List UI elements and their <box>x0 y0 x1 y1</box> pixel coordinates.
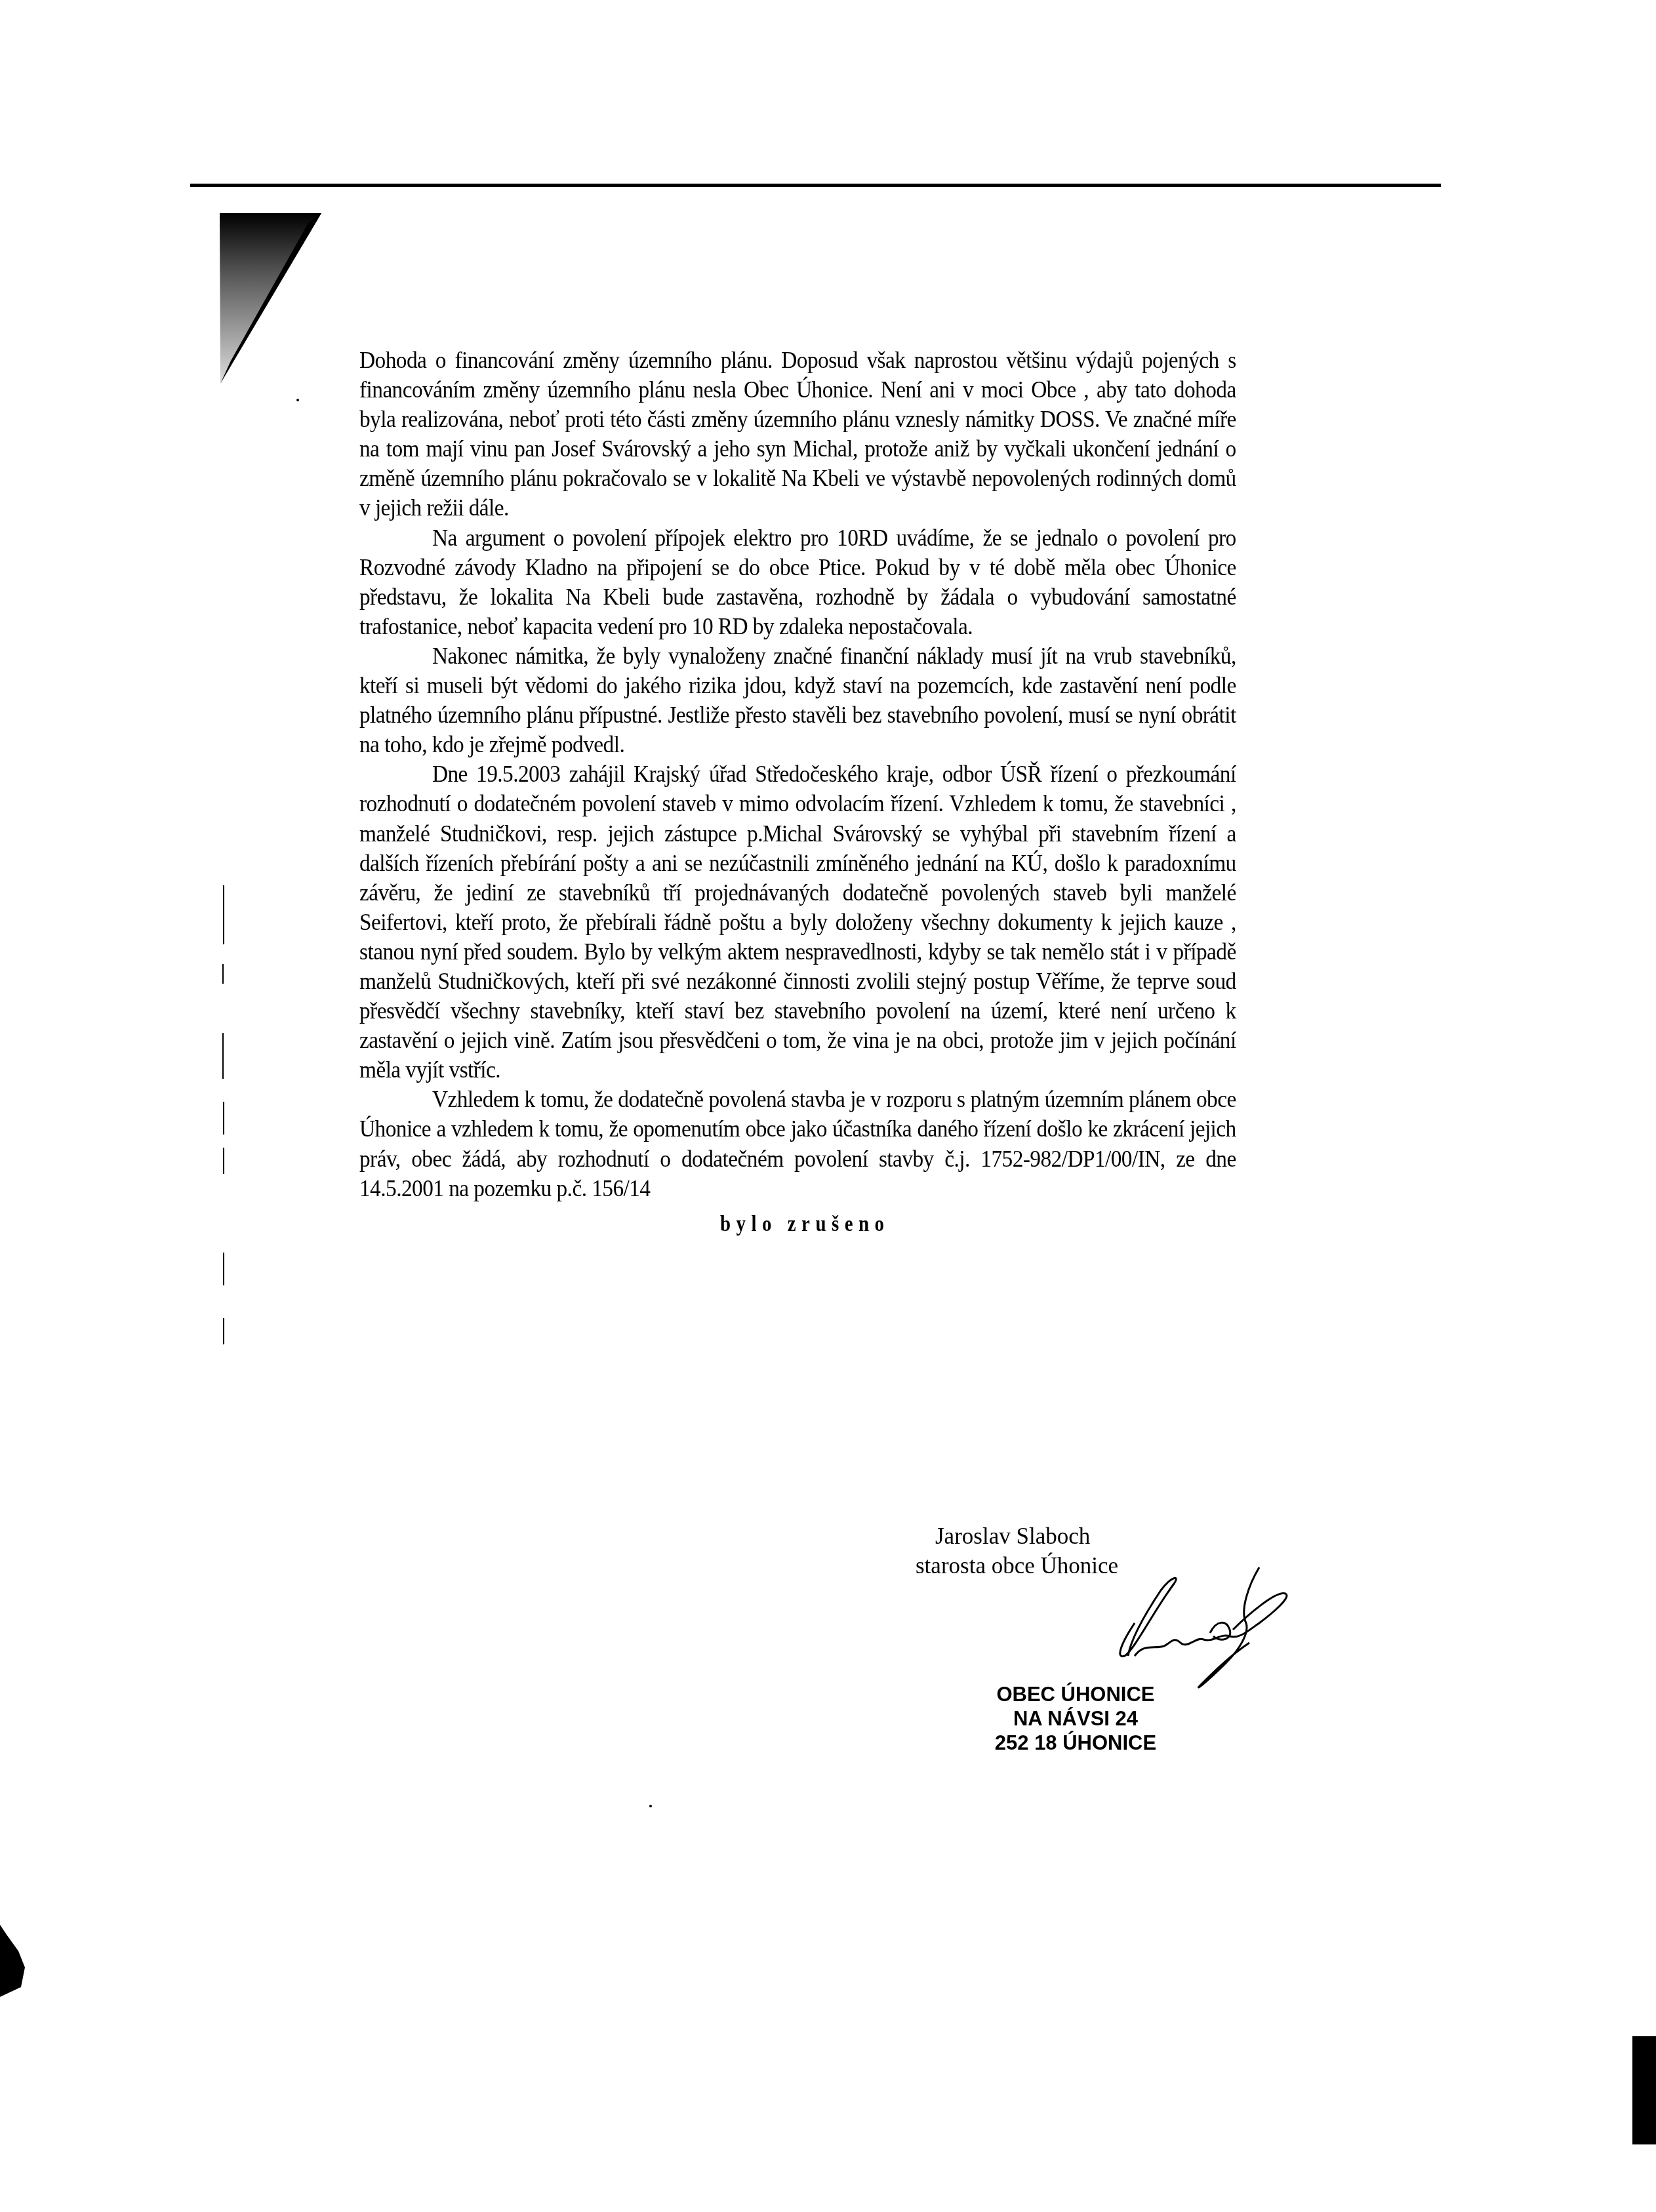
stamp-line-2: NA NÁVSI 24 <box>974 1706 1177 1731</box>
paragraph-request: Vzhledem k tomu, že dodatečně povolená s… <box>359 1085 1236 1203</box>
signer-title: starosta obce Úhonice <box>916 1551 1118 1580</box>
paragraph-electric-connections: Na argument o povolení přípojek elektro … <box>359 523 1236 641</box>
scan-edge-blob <box>0 1925 26 1997</box>
paragraph-financing: Dohoda o financování změny územního plán… <box>359 346 1236 523</box>
signer-name: Jaroslav Slaboch <box>916 1521 1118 1551</box>
paragraph-review-proceedings: Dne 19.5.2003 zahájil Krajský úřad Střed… <box>359 759 1236 1085</box>
municipal-stamp: OBEC ÚHONICE NA NÁVSI 24 252 18 ÚHONICE <box>974 1682 1177 1755</box>
letter-body: Dohoda o financování změny územního plán… <box>359 346 1236 1203</box>
handwritten-signature <box>1108 1558 1299 1695</box>
signature-block: Jaroslav Slaboch starosta obce Úhonice <box>916 1521 1118 1580</box>
scan-speck <box>296 399 299 401</box>
paragraph-costs-objection: Nakonec námitka, že byly vynaloženy znač… <box>359 641 1236 759</box>
verdict-text: bylo zrušeno <box>720 1212 890 1237</box>
stamp-line-1: OBEC ÚHONICE <box>974 1682 1177 1706</box>
scan-edge-bar <box>1632 2036 1656 2144</box>
corner-triangle-mark <box>216 210 328 387</box>
scan-speck <box>649 1805 652 1807</box>
stamp-line-3: 252 18 ÚHONICE <box>974 1731 1177 1755</box>
margin-scan-marks <box>222 885 226 1357</box>
top-rule-divider <box>190 184 1441 187</box>
